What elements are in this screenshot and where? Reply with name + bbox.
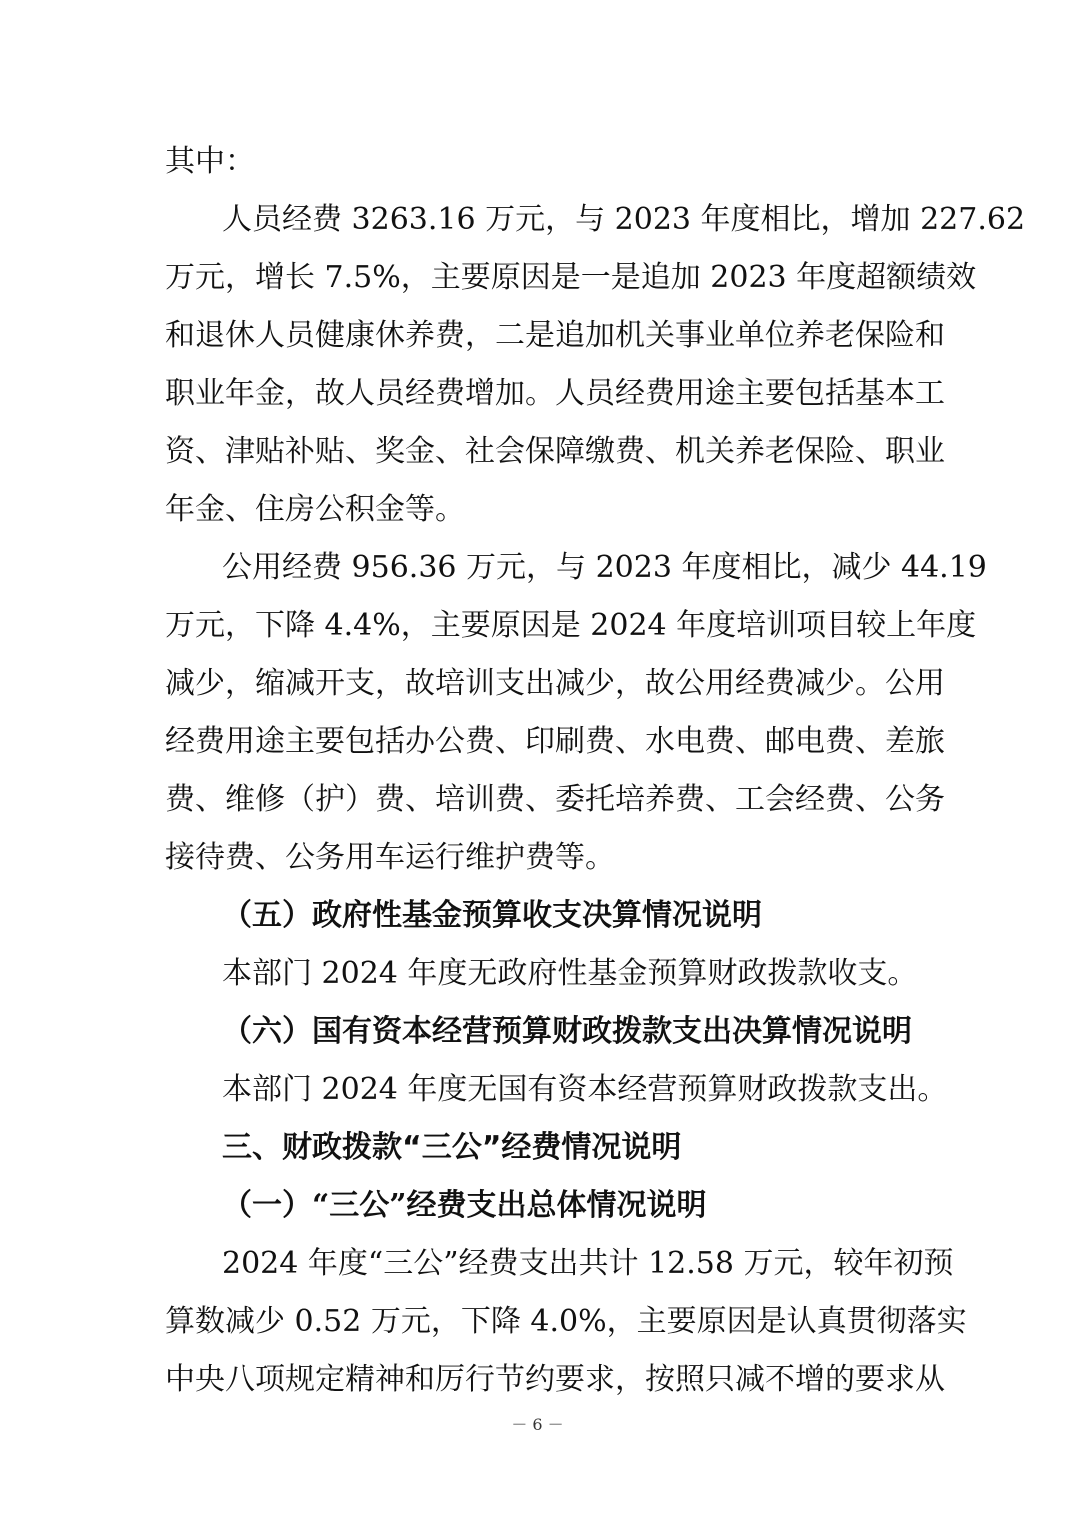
paragraph-personnel-line-3: 和退休人员健康休养费，二是追加机关事业单位养老保险和 [165, 318, 913, 354]
paragraph-three-public-line-2: 算数减少 0.52 万元，下降 4.0%，主要原因是认真贯彻落实 [165, 1304, 913, 1340]
heading-three-public-overall: （一）“三公”经费支出总体情况说明 [222, 1188, 707, 1224]
paragraph-personnel-line-2: 万元，增长 7.5%，主要原因是一是追加 2023 年度超额绩效 [165, 260, 913, 296]
paragraph-state-capital: 本部门 2024 年度无国有资本经营预算财政拨款支出。 [222, 1072, 913, 1108]
paragraph-intro: 其中： [165, 144, 913, 180]
heading-government-fund: （五）政府性基金预算收支决算情况说明 [222, 898, 762, 934]
paragraph-government-fund: 本部门 2024 年度无政府性基金预算财政拨款收支。 [222, 956, 913, 992]
paragraph-personnel-line-1: 人员经费 3263.16 万元，与 2023 年度相比，增加 227.62 [222, 202, 913, 238]
heading-section-three: 三、财政拨款“三公”经费情况说明 [222, 1130, 681, 1166]
paragraph-public-line-4: 经费用途主要包括办公费、印刷费、水电费、邮电费、差旅 [165, 724, 913, 760]
page-number: － 6 － [0, 1412, 1075, 1435]
paragraph-public-line-1: 公用经费 956.36 万元，与 2023 年度相比，减少 44.19 [222, 550, 913, 586]
paragraph-public-line-5: 费、维修（护）费、培训费、委托培养费、工会经费、公务 [165, 782, 913, 818]
paragraph-three-public-line-1: 2024 年度“三公”经费支出共计 12.58 万元，较年初预 [222, 1246, 913, 1282]
paragraph-three-public-line-3: 中央八项规定精神和厉行节约要求，按照只减不增的要求从 [165, 1362, 913, 1398]
document-page: 其中： 人员经费 3263.16 万元，与 2023 年度相比，增加 227.6… [0, 0, 1075, 1520]
paragraph-public-line-3: 减少，缩减开支，故培训支出减少，故公用经费减少。公用 [165, 666, 913, 702]
paragraph-personnel-line-4: 职业年金，故人员经费增加。人员经费用途主要包括基本工 [165, 376, 913, 412]
heading-state-capital: （六）国有资本经营预算财政拨款支出决算情况说明 [222, 1014, 912, 1050]
paragraph-personnel-line-5: 资、津贴补贴、奖金、社会保障缴费、机关养老保险、职业 [165, 434, 913, 470]
paragraph-personnel-line-6: 年金、住房公积金等。 [165, 492, 913, 528]
paragraph-public-line-2: 万元，下降 4.4%，主要原因是 2024 年度培训项目较上年度 [165, 608, 913, 644]
paragraph-public-line-6: 接待费、公务用车运行维护费等。 [165, 840, 913, 876]
